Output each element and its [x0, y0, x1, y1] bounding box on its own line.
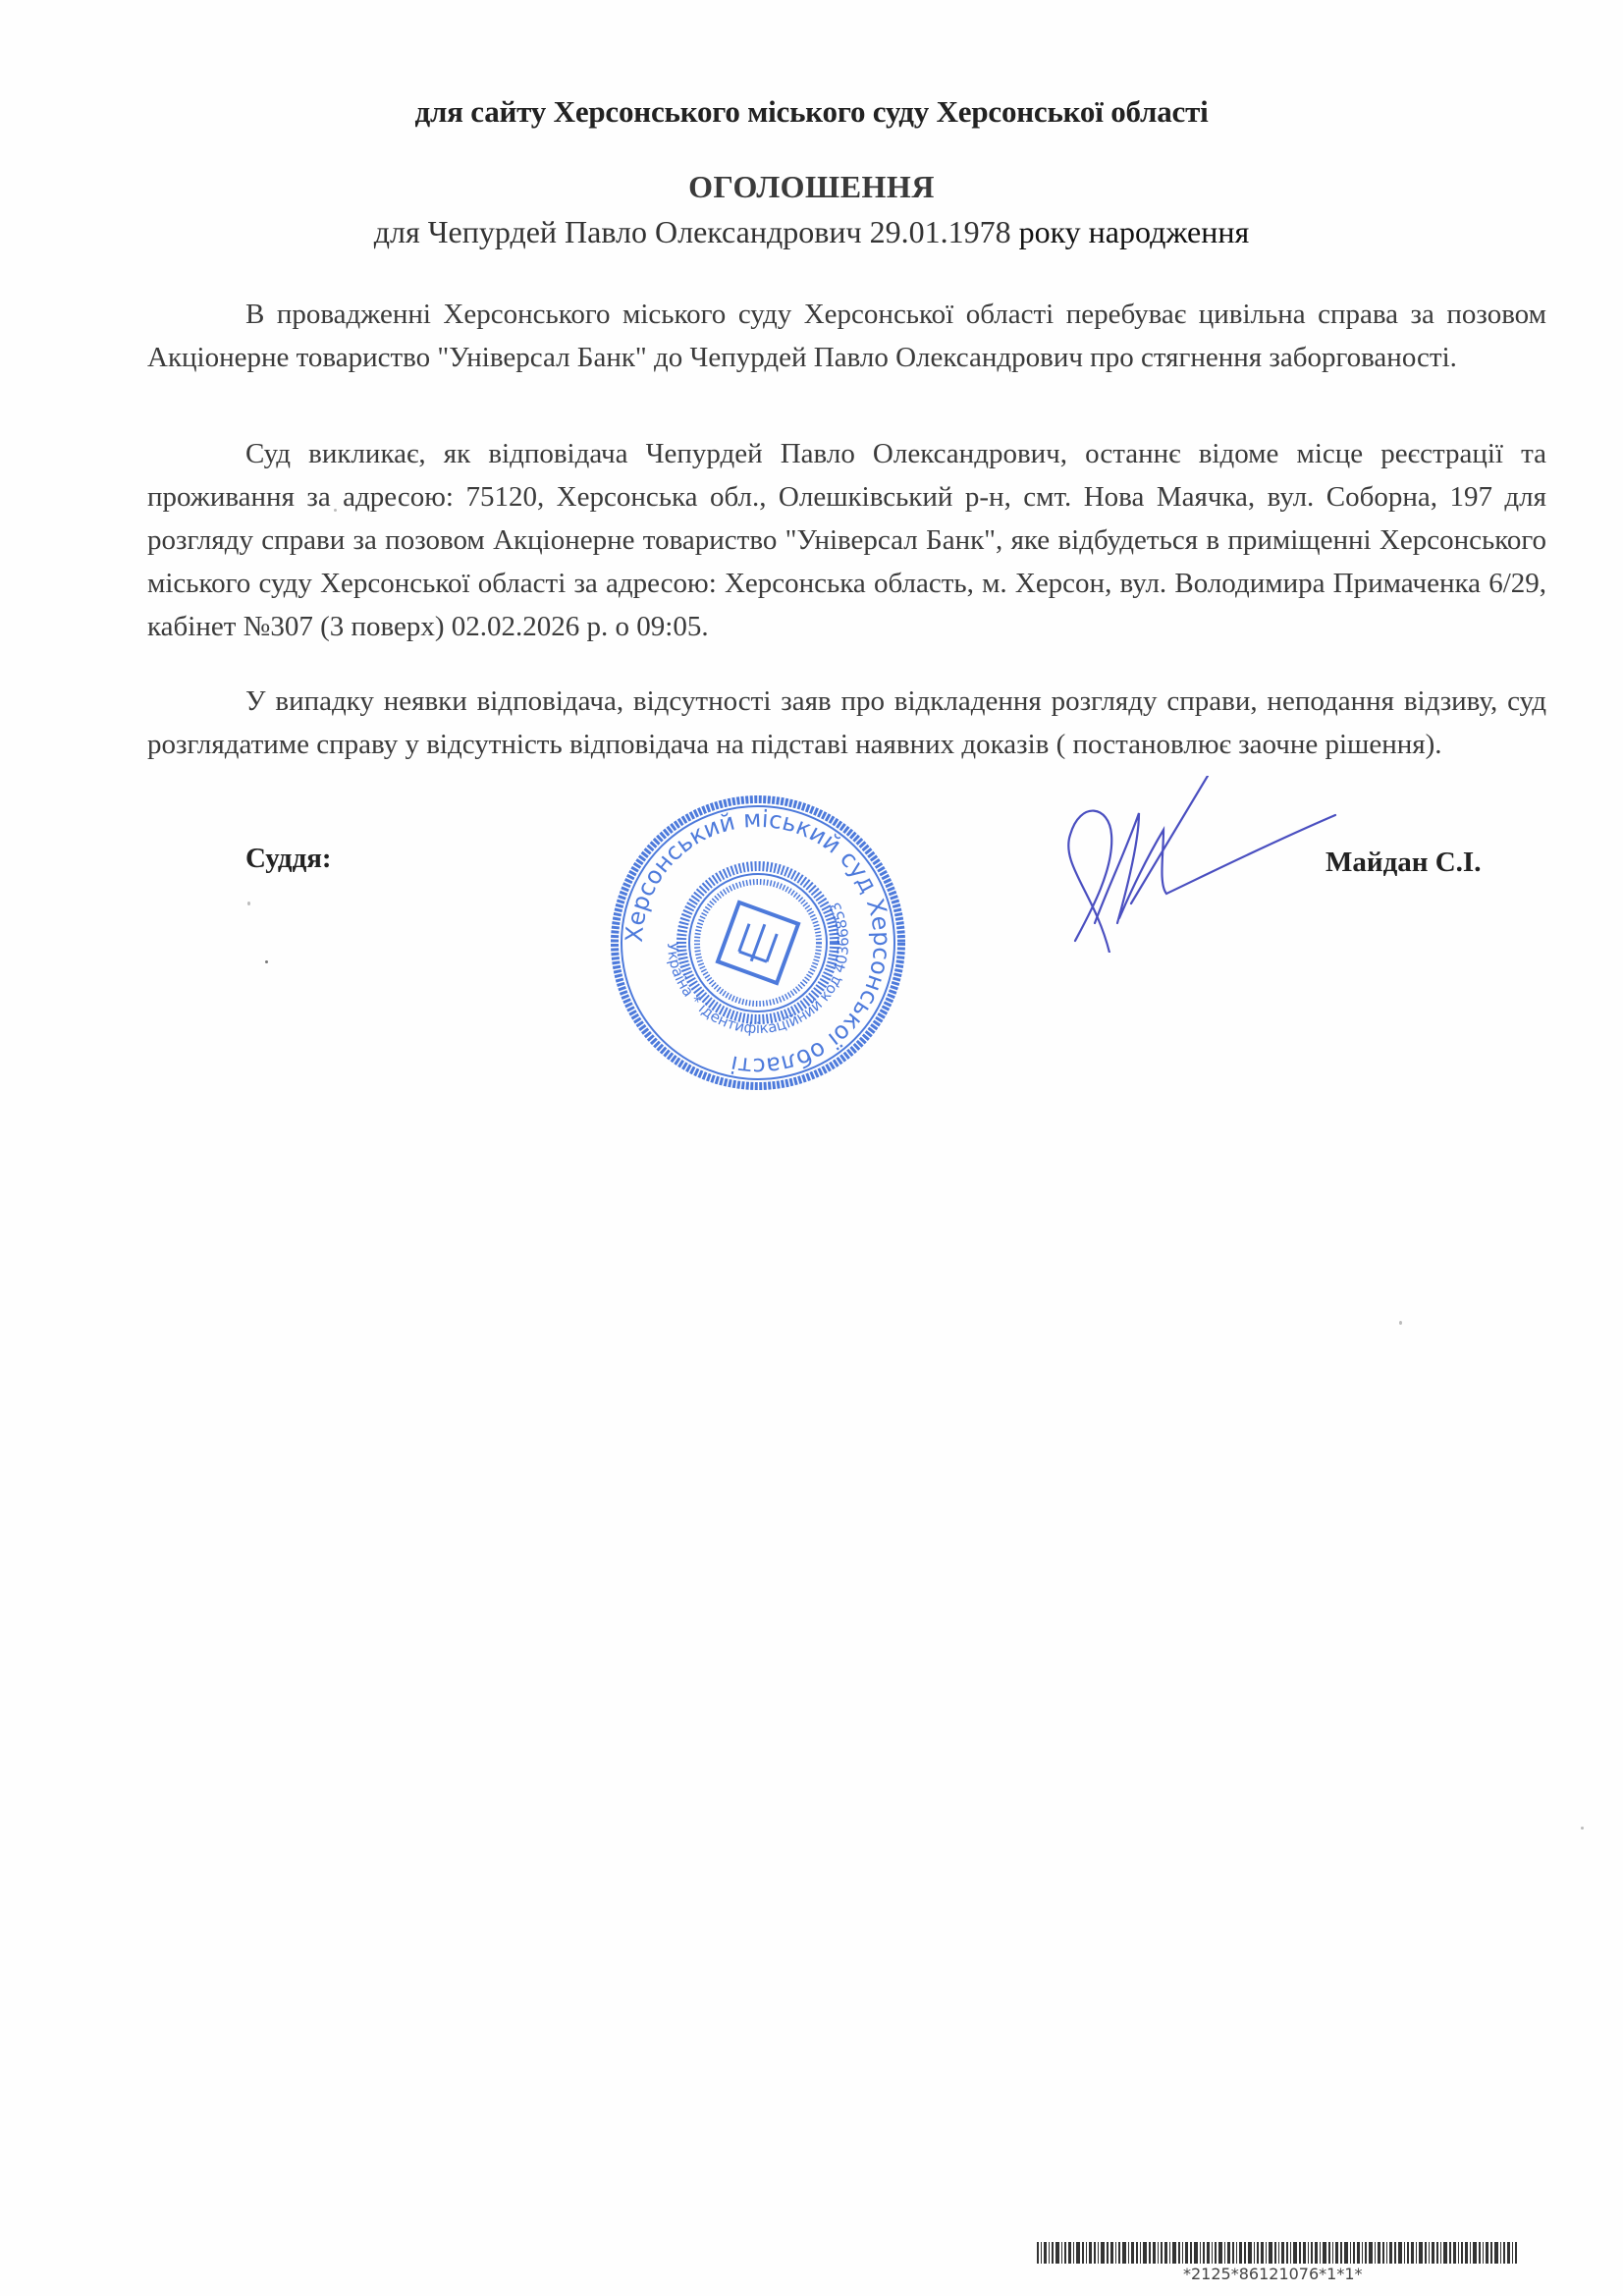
document-header: для сайту Херсонського міського суду Хер… [0, 94, 1623, 130]
paragraph-text: У випадку неявки відповідача, відсутност… [147, 680, 1546, 766]
subtitle-main: для Чепурдей Павло Олександрович 29.01.1… [374, 214, 1011, 249]
judge-label: Суддя: [245, 843, 332, 875]
document-page: для сайту Херсонського міського суду Хер… [0, 0, 1623, 2296]
scan-speck [265, 960, 268, 963]
document-subtitle: для Чепурдей Павло Олександрович 29.01.1… [0, 214, 1623, 250]
document-title: ОГОЛОШЕННЯ [0, 169, 1623, 205]
signature-icon [1041, 776, 1355, 953]
scan-speck [1581, 1827, 1584, 1830]
paragraph-summons: Суд викликає, як відповідача Чепурдей Па… [147, 432, 1546, 648]
paragraph-text: В провадженні Херсонського міського суду… [147, 293, 1546, 379]
paragraph-default-notice: У випадку неявки відповідача, відсутност… [147, 680, 1546, 766]
paragraph-text: Суд викликає, як відповідача Чепурдей Па… [147, 432, 1546, 648]
subtitle-tail: року народження [1011, 214, 1250, 249]
scan-speck [1399, 1321, 1402, 1325]
scan-speck [247, 902, 250, 905]
scan-speck [334, 509, 337, 512]
svg-text:Україна * ідентифікаційний код: Україна * ідентифікаційний код 40366853 [664, 900, 852, 1037]
barcode-text: *2125*86121076*1*1* [1183, 2265, 1363, 2283]
paragraph-case-info: В провадженні Херсонського міського суду… [147, 293, 1546, 379]
court-stamp-icon: Херсонський міський суд Херсонської обла… [611, 795, 905, 1090]
judge-name: Майдан С.І. [1325, 847, 1481, 879]
barcode-icon [1037, 2242, 1547, 2264]
